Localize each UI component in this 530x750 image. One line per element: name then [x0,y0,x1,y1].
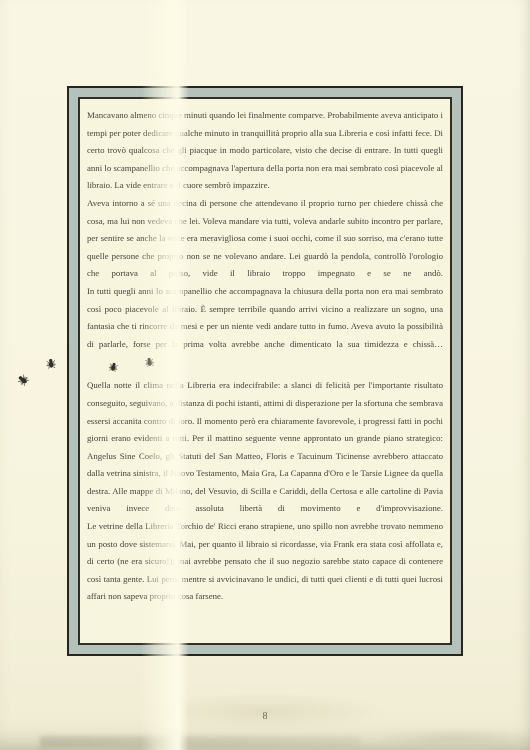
fly-interlude [87,353,443,377]
fly-icon [106,359,122,375]
frame-inner: Mancavano almeno cinque minuti quando le… [78,97,452,645]
fly-icon [12,369,33,390]
decorative-frame: Mancavano almeno cinque minuti quando le… [67,86,463,656]
paragraph: Quella notte il clima nella Libreria era… [87,377,443,518]
fly-icon [142,354,157,369]
paragraph: Aveva intorno a sé una decina di persone… [87,195,443,283]
book-page: Mancavano almeno cinque minuti quando le… [0,0,530,750]
paragraph: Mancavano almeno cinque minuti quando le… [87,107,443,195]
page-number: 8 [0,711,530,722]
paragraph: In tutti quegli anni lo scampanellio che… [87,283,443,353]
fly-icon [43,355,58,370]
scan-smudge [40,736,360,748]
body-text: Mancavano almeno cinque minuti quando le… [87,107,443,606]
scan-smudge [380,728,530,748]
paragraph: Le vetrine della Libreria Torchio de' Ri… [87,518,443,606]
